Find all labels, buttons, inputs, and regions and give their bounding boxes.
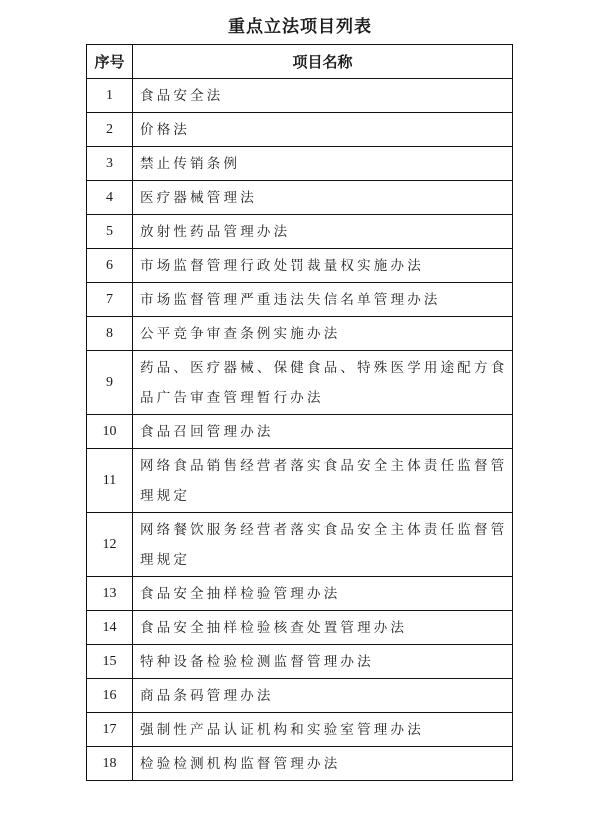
column-header-number: 序号 bbox=[87, 45, 133, 79]
table-row: 5放射性药品管理办法 bbox=[87, 215, 513, 249]
row-number: 5 bbox=[87, 215, 133, 249]
table-row: 12网络餐饮服务经营者落实食品安全主体责任监督管理规定 bbox=[87, 513, 513, 577]
row-number: 8 bbox=[87, 317, 133, 351]
project-name: 商品条码管理办法 bbox=[133, 679, 513, 713]
project-name: 市场监督管理行政处罚裁量权实施办法 bbox=[133, 249, 513, 283]
table-row: 14食品安全抽样检验核查处置管理办法 bbox=[87, 611, 513, 645]
table-row: 9药品、医疗器械、保健食品、特殊医学用途配方食品广告审查管理暂行办法 bbox=[87, 351, 513, 415]
row-number: 6 bbox=[87, 249, 133, 283]
project-name: 检验检测机构监督管理办法 bbox=[133, 747, 513, 781]
project-name: 医疗器械管理法 bbox=[133, 181, 513, 215]
legislation-table: 序号 项目名称 1食品安全法2价格法3禁止传销条例4医疗器械管理法5放射性药品管… bbox=[86, 44, 513, 781]
project-name: 放射性药品管理办法 bbox=[133, 215, 513, 249]
table-row: 6市场监督管理行政处罚裁量权实施办法 bbox=[87, 249, 513, 283]
table-row: 2价格法 bbox=[87, 113, 513, 147]
project-name: 食品安全抽样检验核查处置管理办法 bbox=[133, 611, 513, 645]
project-name: 网络食品销售经营者落实食品安全主体责任监督管理规定 bbox=[133, 449, 513, 513]
row-number: 12 bbox=[87, 513, 133, 577]
table-row: 16商品条码管理办法 bbox=[87, 679, 513, 713]
table-row: 11网络食品销售经营者落实食品安全主体责任监督管理规定 bbox=[87, 449, 513, 513]
row-number: 10 bbox=[87, 415, 133, 449]
project-name: 强制性产品认证机构和实验室管理办法 bbox=[133, 713, 513, 747]
row-number: 18 bbox=[87, 747, 133, 781]
row-number: 9 bbox=[87, 351, 133, 415]
row-number: 2 bbox=[87, 113, 133, 147]
row-number: 13 bbox=[87, 577, 133, 611]
table-row: 17强制性产品认证机构和实验室管理办法 bbox=[87, 713, 513, 747]
row-number: 14 bbox=[87, 611, 133, 645]
table-row: 8公平竞争审查条例实施办法 bbox=[87, 317, 513, 351]
project-name: 食品召回管理办法 bbox=[133, 415, 513, 449]
table-row: 4医疗器械管理法 bbox=[87, 181, 513, 215]
project-name: 特种设备检验检测监督管理办法 bbox=[133, 645, 513, 679]
table-header-row: 序号 项目名称 bbox=[87, 45, 513, 79]
project-name: 网络餐饮服务经营者落实食品安全主体责任监督管理规定 bbox=[133, 513, 513, 577]
table-row: 13食品安全抽样检验管理办法 bbox=[87, 577, 513, 611]
project-name: 公平竞争审查条例实施办法 bbox=[133, 317, 513, 351]
table-row: 18检验检测机构监督管理办法 bbox=[87, 747, 513, 781]
table-row: 7市场监督管理严重违法失信名单管理办法 bbox=[87, 283, 513, 317]
row-number: 17 bbox=[87, 713, 133, 747]
project-name: 食品安全法 bbox=[133, 79, 513, 113]
row-number: 11 bbox=[87, 449, 133, 513]
table-row: 15特种设备检验检测监督管理办法 bbox=[87, 645, 513, 679]
row-number: 1 bbox=[87, 79, 133, 113]
row-number: 7 bbox=[87, 283, 133, 317]
project-name: 禁止传销条例 bbox=[133, 147, 513, 181]
document-title: 重点立法项目列表 bbox=[0, 12, 600, 37]
table-row: 1食品安全法 bbox=[87, 79, 513, 113]
row-number: 3 bbox=[87, 147, 133, 181]
project-name: 市场监督管理严重违法失信名单管理办法 bbox=[133, 283, 513, 317]
project-name: 价格法 bbox=[133, 113, 513, 147]
row-number: 4 bbox=[87, 181, 133, 215]
project-name: 药品、医疗器械、保健食品、特殊医学用途配方食品广告审查管理暂行办法 bbox=[133, 351, 513, 415]
project-name: 食品安全抽样检验管理办法 bbox=[133, 577, 513, 611]
column-header-name: 项目名称 bbox=[133, 45, 513, 79]
table-row: 3禁止传销条例 bbox=[87, 147, 513, 181]
row-number: 15 bbox=[87, 645, 133, 679]
table-row: 10食品召回管理办法 bbox=[87, 415, 513, 449]
row-number: 16 bbox=[87, 679, 133, 713]
